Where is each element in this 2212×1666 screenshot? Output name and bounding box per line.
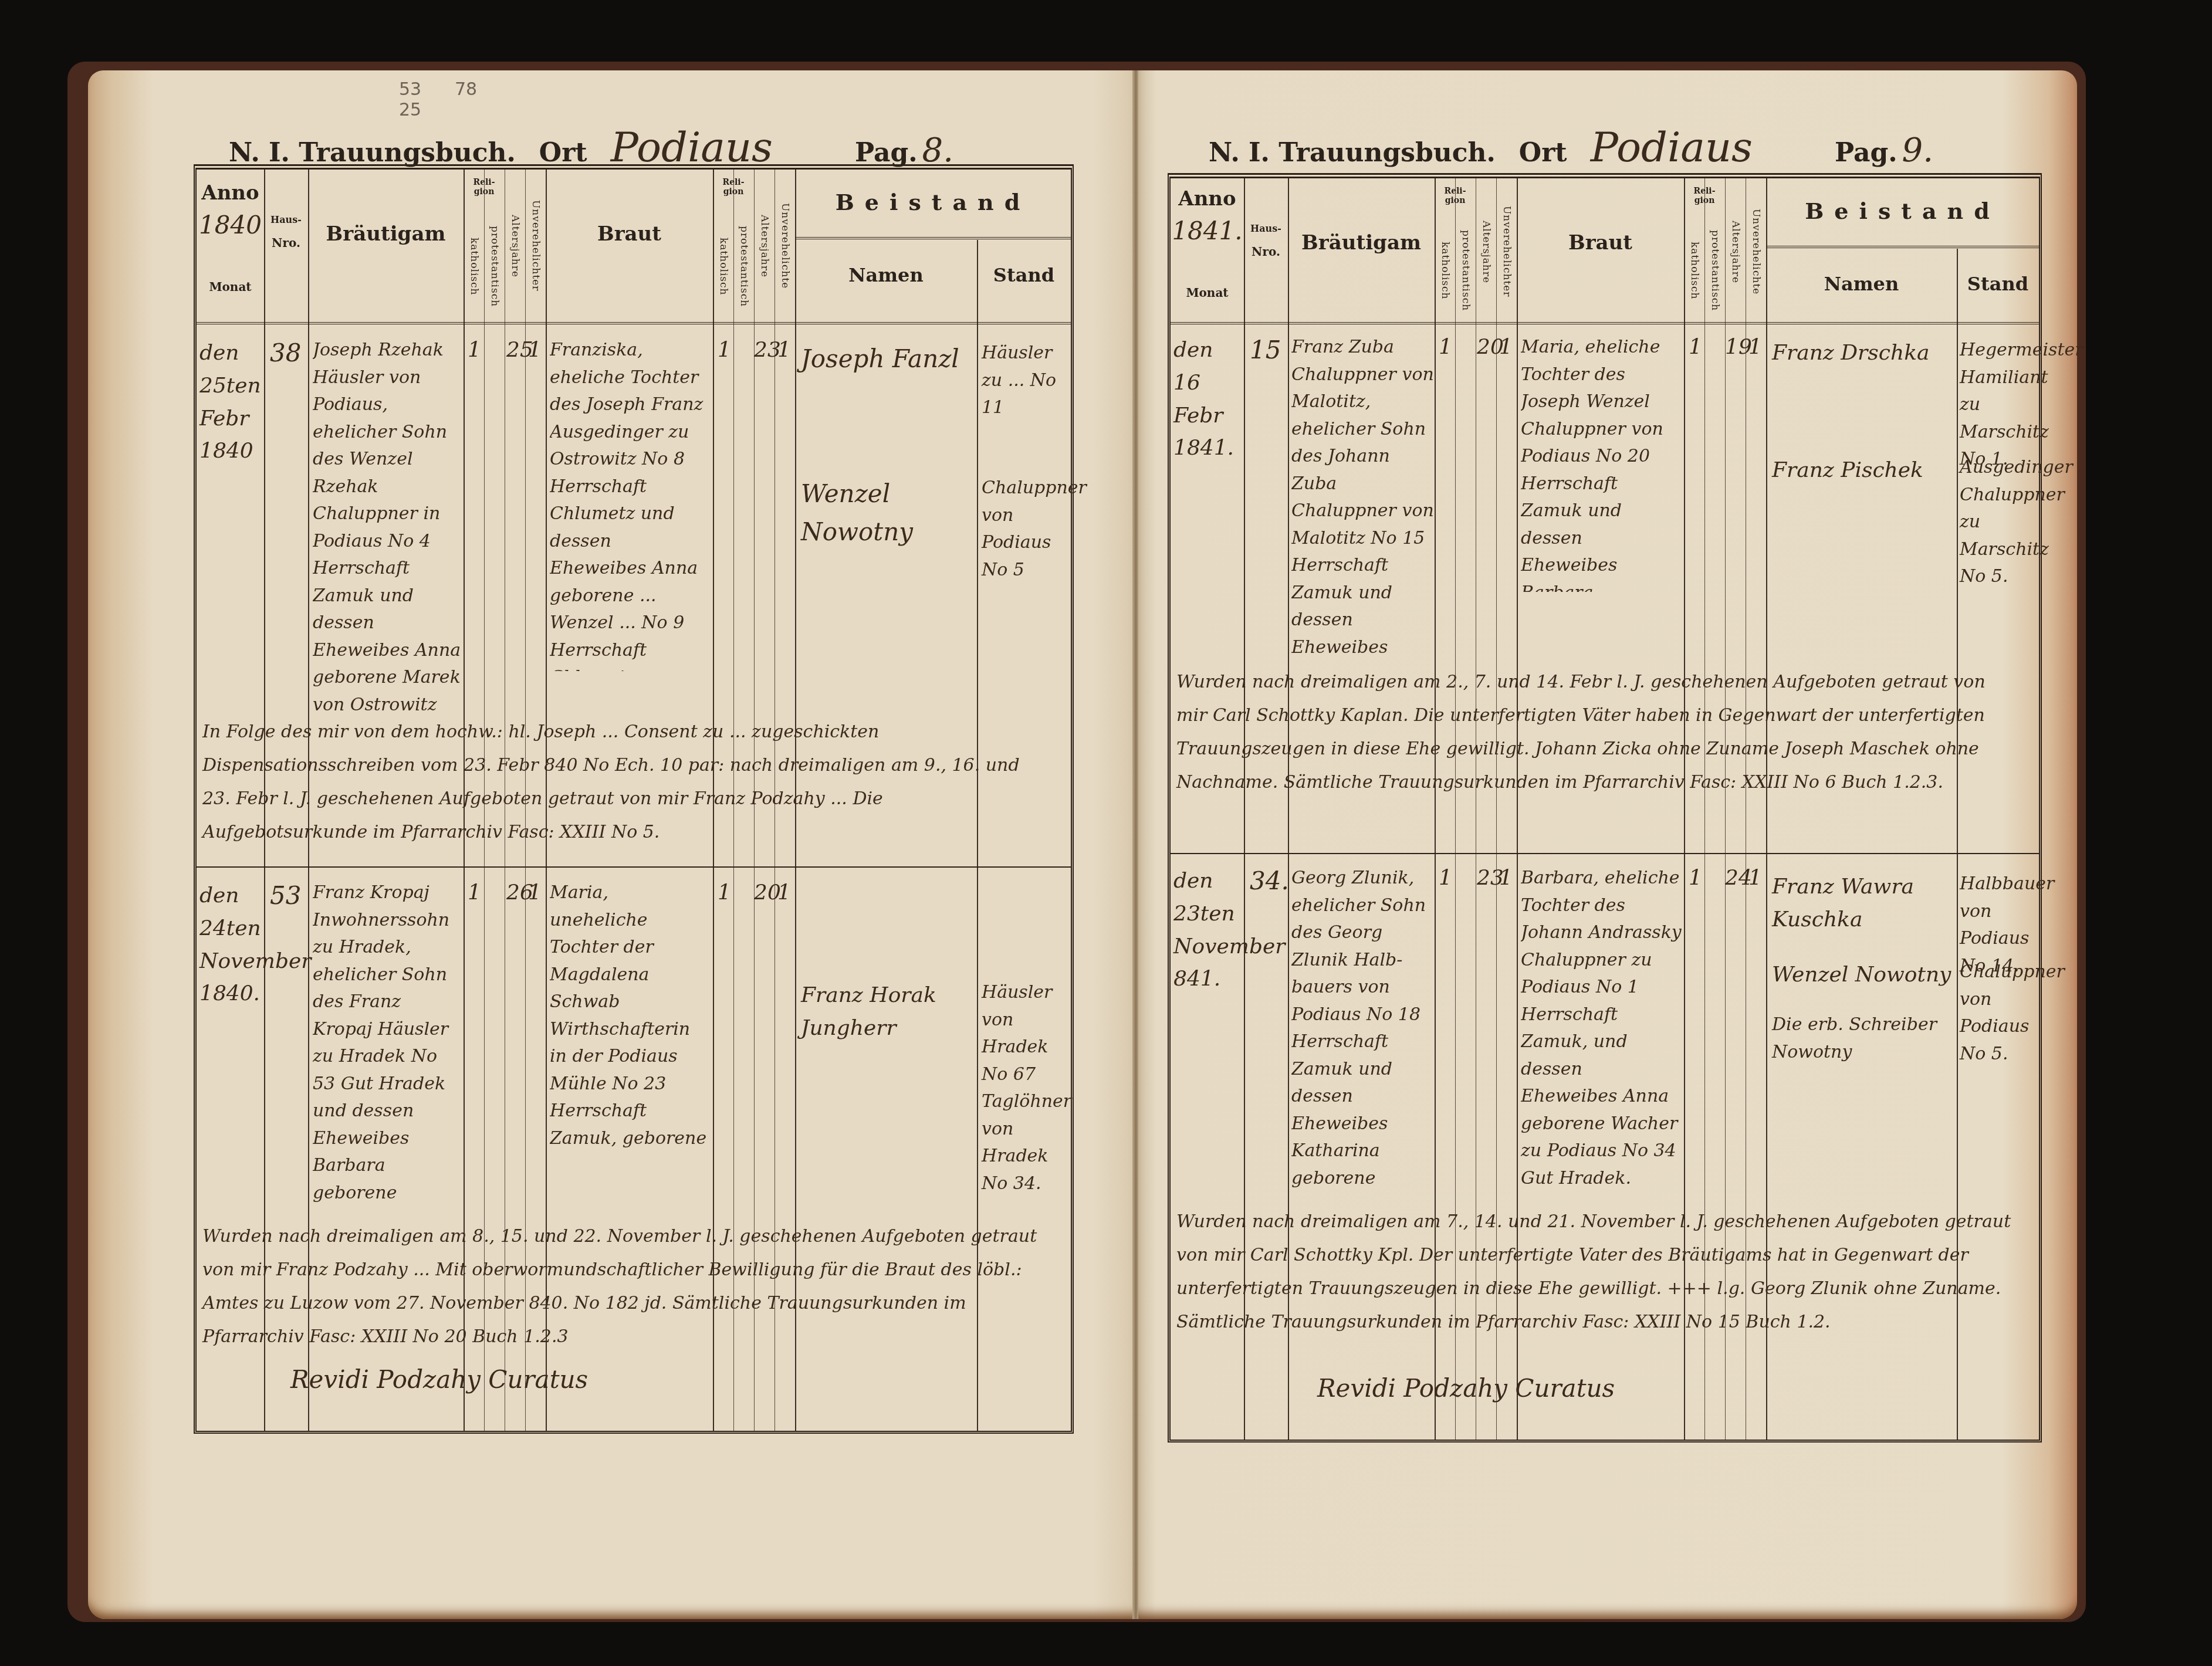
bride-status: 1 — [777, 876, 791, 909]
witness-name: Franz Drschka — [1772, 337, 1954, 370]
braeutigam-label: Bräutigam — [1288, 225, 1435, 260]
pencil-mark: 25 — [399, 100, 421, 120]
altersjahre-label: Altersjahre — [754, 175, 774, 316]
bride-age: 23 — [754, 334, 781, 367]
page-label: Pag. — [1835, 138, 1898, 168]
groom-status: 1 — [528, 876, 542, 909]
bride-age: 20 — [754, 876, 781, 909]
katholisch-label: katholisch — [464, 214, 484, 319]
monat-label: Monat — [1171, 281, 1244, 304]
protestantisch-label: protestantisch — [1704, 222, 1725, 319]
year-value: 1840 — [197, 208, 264, 243]
nro-label: Nro. — [1244, 243, 1288, 260]
left-page-header: N. I. Trauungsbuch. Ort Podiaus Pag. 8. — [229, 123, 953, 164]
anno-label: Anno — [1171, 187, 1244, 211]
witness-name: Wenzel Nowotny — [801, 475, 971, 551]
entry-note: In Folge des mir von dem hochw.: hl. Jos… — [202, 715, 1047, 849]
left-register-table: Anno 1840 Monat Haus- Nro. Bräutigam Rel… — [194, 164, 1074, 1434]
anno-label: Anno — [197, 181, 264, 205]
bride-religion: 1 — [1689, 331, 1702, 364]
entry-bride: Barbara, eheliche Tochter des Johann And… — [1521, 865, 1682, 1193]
right-page-header: N. I. Trauungsbuch. Ort Podiaus Pag. 9. — [1209, 123, 1933, 164]
signature: Revidi Podzahy Curatus — [1317, 1369, 1615, 1407]
witness-stand: Häusler von Hradek No 67 Taglöhner von H… — [982, 979, 1070, 1197]
groom-status: 1 — [528, 334, 542, 367]
religion-label: Reli-gion — [464, 175, 505, 199]
entry-note: Wurden nach dreimaligen am 8., 15. und 2… — [202, 1220, 1047, 1353]
entry-note: Wurden nach dreimaligen am 2., 7. und 14… — [1176, 665, 2021, 799]
religion-label: Reli-gion — [1684, 184, 1725, 208]
witness-name: Franz Pischek — [1772, 454, 1954, 487]
unverehelichte-label: Unverehelichte — [1746, 184, 1766, 319]
witness-name: Franz Horak Jungherr — [801, 979, 971, 1045]
pencil-mark: 78 — [455, 79, 477, 100]
place-value: Podiaus — [1591, 123, 1753, 171]
haus-label: Haus- — [264, 211, 308, 228]
witness-name: Joseph Fanzl — [801, 340, 971, 378]
entry-groom: Joseph Rzehak Häusler von Podiaus, eheli… — [313, 337, 462, 712]
groom-religion: 1 — [1439, 331, 1452, 364]
groom-religion: 1 — [468, 876, 481, 909]
protestantisch-label: protestantisch — [1455, 222, 1476, 319]
bride-religion: 1 — [718, 334, 731, 367]
pencil-mark: 53 — [399, 79, 421, 100]
entry-bride: Maria, uneheliche Tochter der Magdalena … — [550, 879, 711, 1149]
katholisch-label: katholisch — [1435, 222, 1455, 319]
entry-date: den 25ten Febr 1840 — [199, 337, 264, 468]
entry-house-no: 34. — [1250, 862, 1289, 900]
bride-status: 1 — [777, 334, 791, 367]
entry-bride: Maria, eheliche Tochter des Joseph Wenze… — [1521, 334, 1682, 592]
groom-religion: 1 — [1439, 862, 1452, 895]
beistand-label: Beistand — [795, 184, 1071, 219]
witness-stand: Chaluppner von Podiaus No 5. — [1960, 959, 2036, 1068]
entry-house-no: 53 — [270, 876, 301, 915]
entry-house-no: 15 — [1250, 331, 1281, 369]
bride-age: 24 — [1725, 862, 1752, 895]
place-label: Ort — [539, 138, 587, 168]
entry-groom: Franz Zuba Chaluppner von Malotitz, ehel… — [1291, 334, 1435, 662]
beistand-label: Beistand — [1766, 193, 2039, 228]
braut-label: Braut — [546, 216, 713, 252]
witness-name: Franz Wawra Kuschka — [1772, 871, 1954, 936]
year-value: 1841. — [1171, 214, 1244, 249]
stand-label: Stand — [977, 258, 1071, 293]
entry-bride: Franziska, eheliche Tochter des Joseph F… — [550, 337, 711, 671]
witness-stand: Hegermeister Hamiliant zu Marschitz No 1… — [1960, 337, 2036, 473]
altersjahre-label: Altersjahre — [505, 175, 525, 316]
namen-label: Namen — [795, 258, 977, 293]
entry-date: den 24ten November 1840. — [199, 879, 264, 1010]
register-label: N. I. Trauungsbuch. — [229, 138, 516, 168]
altersjahre-label: Altersjahre — [1476, 184, 1496, 319]
entry-date: den 23ten November 841. — [1173, 865, 1244, 995]
bride-religion: 1 — [718, 876, 731, 909]
witness-stand: Häusler zu ... No 11 — [982, 340, 1070, 422]
unverehelichter-label: Unverehelichter — [525, 175, 546, 316]
bride-status: 1 — [1748, 331, 1762, 364]
register-label: N. I. Trauungsbuch. — [1209, 138, 1496, 168]
religion-label: Reli-gion — [1435, 184, 1476, 208]
katholisch-label: katholisch — [1684, 222, 1704, 319]
bride-status: 1 — [1748, 862, 1762, 895]
entry-groom: Franz Kropaj Inwohnerssohn zu Hradek, eh… — [313, 879, 462, 1208]
unverehelichter-label: Unverehelichter — [1496, 184, 1517, 319]
religion-label: Reli-gion — [713, 175, 754, 199]
braeutigam-label: Bräutigam — [308, 216, 464, 252]
entry-date: den 16 Febr 1841. — [1173, 334, 1244, 465]
braut-label: Braut — [1517, 225, 1684, 260]
bride-religion: 1 — [1689, 862, 1702, 895]
entry-groom: Georg Zlunik, ehelicher Sohn des Georg Z… — [1291, 865, 1435, 1193]
groom-status: 1 — [1499, 862, 1513, 895]
entry-house-no: 38 — [270, 334, 301, 372]
katholisch-label: katholisch — [713, 214, 733, 319]
haus-label: Haus- — [1244, 219, 1288, 237]
entry-note: Wurden nach dreimaligen am 7., 14. und 2… — [1176, 1205, 2021, 1339]
signature: Revidi Podzahy Curatus — [290, 1360, 588, 1399]
unverehelichte-label: Unverehelichte — [774, 175, 795, 316]
witness-stand: Chaluppner von Podiaus No 5 — [982, 475, 1070, 584]
witness-stand: Ausgedinger Chaluppner zu Marschitz No 5… — [1960, 454, 2036, 591]
protestantisch-label: protestantisch — [733, 214, 754, 319]
groom-religion: 1 — [468, 334, 481, 367]
right-register-table: Anno 1841. Monat Haus- Nro. Bräutigam Re… — [1168, 173, 2042, 1442]
nro-label: Nro. — [264, 234, 308, 252]
protestantisch-label: protestantisch — [484, 214, 505, 319]
witness-name: Wenzel Nowotny — [1772, 959, 1954, 991]
altersjahre-label: Altersjahre — [1725, 184, 1746, 319]
witness-name: Die erb. Schreiber Nowotny — [1772, 1011, 1954, 1066]
groom-status: 1 — [1499, 331, 1513, 364]
namen-label: Namen — [1766, 266, 1957, 302]
bride-age: 19 — [1725, 331, 1752, 364]
place-label: Ort — [1519, 138, 1567, 168]
page-number: 9. — [1902, 131, 1933, 170]
stand-label: Stand — [1957, 266, 2039, 302]
monat-label: Monat — [197, 275, 264, 299]
page-label: Pag. — [855, 138, 918, 168]
